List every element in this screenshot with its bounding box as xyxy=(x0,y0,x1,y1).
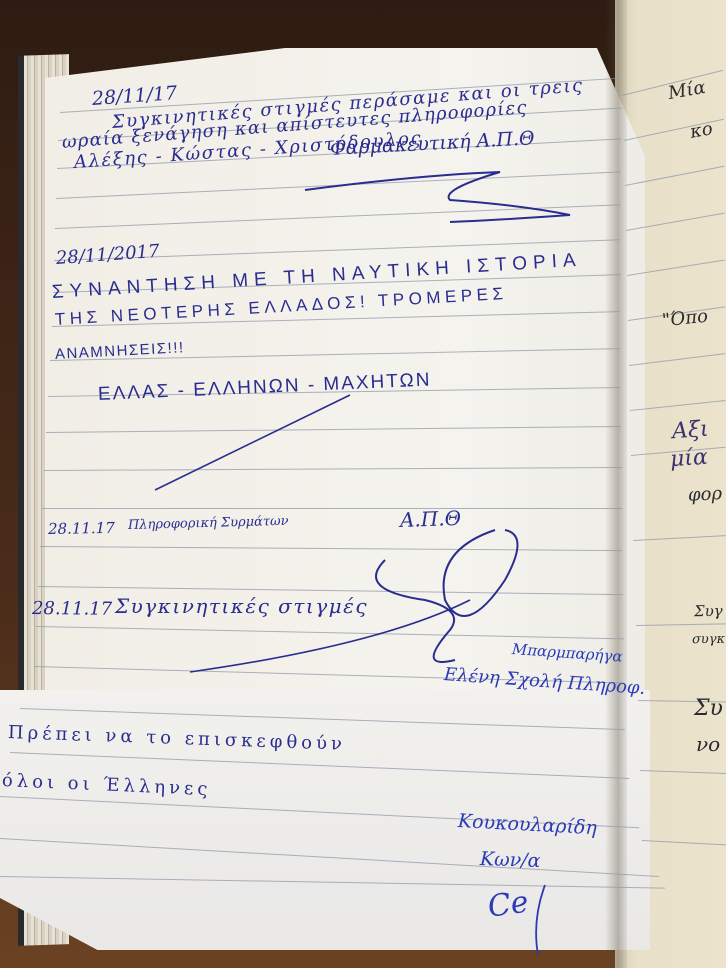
entry-5-initials-stroke xyxy=(520,880,560,960)
right-fragment: Συγ xyxy=(694,602,723,620)
entry-4-date: 28.11.17 xyxy=(32,598,112,620)
right-fragment: μία xyxy=(669,445,708,473)
entry-4-signature-stroke xyxy=(180,590,480,680)
entry-2-signature-stroke xyxy=(140,390,360,500)
entry-1-signature-flourish xyxy=(300,160,600,230)
right-fragment: φορ xyxy=(687,483,722,506)
entry-3-date: 28.11.17 xyxy=(48,519,115,538)
right-fragment: νο xyxy=(696,732,720,756)
right-fragment: Αξι xyxy=(671,417,709,444)
right-fragment: κο xyxy=(688,118,714,143)
right-fragment: συγκ xyxy=(692,632,725,648)
entry-5-signature-line-2: Κων/α xyxy=(480,848,541,872)
right-fragment: Συ xyxy=(694,696,723,721)
book-gutter xyxy=(605,0,627,968)
